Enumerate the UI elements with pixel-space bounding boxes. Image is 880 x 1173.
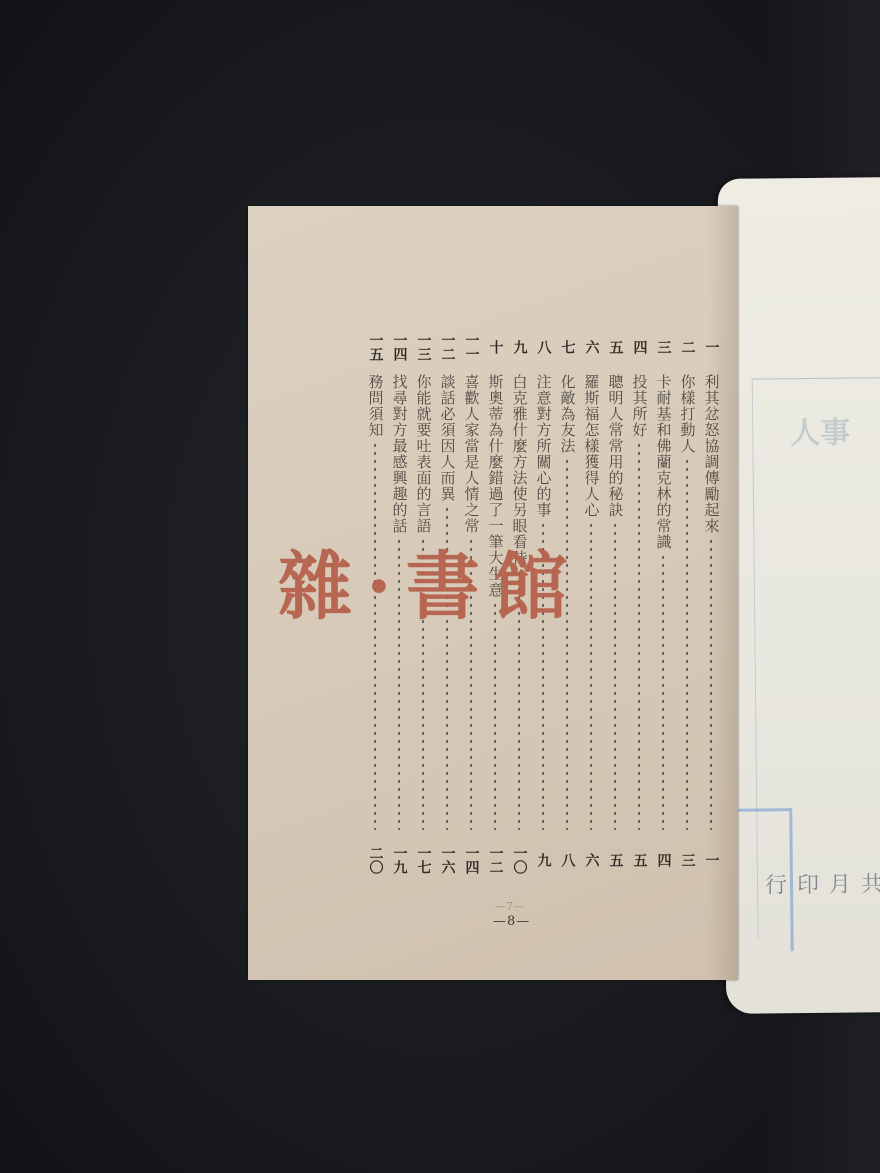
- toc-entry: 四投其所好五: [627, 324, 651, 884]
- toc-entry-title: 利其忿怒協調傳勵起來: [703, 374, 720, 534]
- toc-entry-title: 投其所好: [631, 374, 648, 438]
- toc-entry-number: 一五: [367, 324, 384, 370]
- toc-entry-page: 一四: [463, 836, 480, 884]
- toc-entry-page: 三: [679, 836, 696, 884]
- dot-leader: [566, 460, 568, 830]
- toc-entry-number: 七: [559, 324, 576, 370]
- toc-entry-page: 六: [583, 836, 600, 884]
- toc-entry-title: 羅斯福怎樣獲得人心: [583, 374, 600, 518]
- dot-leader: [614, 524, 616, 830]
- dot-leader: [638, 444, 640, 830]
- toc-entry-page: 一七: [415, 836, 432, 884]
- toc-entry-title: 找尋對方最感興趣的話: [391, 374, 408, 534]
- toc-entry: 一利其忿怒協調傳勵起來一: [699, 324, 723, 884]
- toc-entry-page: 一六: [439, 836, 456, 884]
- toc-entry-title: 喜歡人家當是人情之常: [463, 374, 480, 534]
- toc-entry-page: 二〇: [367, 836, 384, 884]
- toc-entry-page: 一〇: [511, 836, 528, 884]
- watermark-text: 雜·書館: [278, 528, 582, 634]
- toc-entry-title: 你樣打動人: [679, 374, 696, 454]
- toc-entry-title: 談話必須因人而異: [439, 374, 456, 502]
- toc-entry-title: 化敵為友法: [559, 374, 576, 454]
- cover-stamp-text: 行印月共: [765, 867, 880, 899]
- dot-leader: [494, 604, 496, 830]
- toc-entry-title: 卡耐基和佛蘭克林的常識: [655, 374, 672, 550]
- toc-entry-title: 聰明人常常用的秘訣: [607, 374, 624, 518]
- toc-entry: 三卡耐基和佛蘭克林的常識四: [651, 324, 675, 884]
- toc-entry-number: 五: [607, 324, 624, 370]
- toc-entry: 五聰明人常常用的秘訣五: [603, 324, 627, 884]
- toc-entry-title: 注意對方所關心的事: [535, 374, 552, 518]
- toc-entry-page: 一九: [391, 836, 408, 884]
- toc-entry-page: 九: [535, 836, 552, 884]
- toc-entry-number: 九: [511, 324, 528, 370]
- next-page-cover: 人事 行印月共: [718, 177, 880, 1014]
- toc-entry-number: 一四: [391, 324, 408, 370]
- toc-entry-number: 八: [535, 324, 552, 370]
- toc-entry-page: 四: [655, 836, 672, 884]
- toc-entry-number: 一三: [415, 324, 432, 370]
- toc-entry-number: 一一: [463, 324, 480, 370]
- cover-faint-text: 人事: [790, 408, 850, 453]
- toc-entry-page: 一二: [487, 836, 504, 884]
- toc-entry-page: 五: [607, 836, 624, 884]
- toc-entry: 六羅斯福怎樣獲得人心六: [579, 324, 603, 884]
- page-folio: —8—: [493, 914, 530, 929]
- toc-entry-title: 你能就要吐表面的言語: [415, 374, 432, 534]
- dot-leader: [374, 444, 376, 830]
- dot-leader: [710, 540, 712, 830]
- toc-entry-page: 一: [703, 836, 720, 884]
- dot-leader: [662, 556, 664, 830]
- toc-entry-page: 五: [631, 836, 648, 884]
- toc-entry-number: 二: [679, 324, 696, 370]
- toc-entry-page: 八: [559, 836, 576, 884]
- folio-bleedthrough: —7—: [495, 900, 524, 913]
- toc-entry-number: 十: [487, 324, 504, 370]
- toc-entry-number: 三: [655, 324, 672, 370]
- toc-entry-number: 一二: [439, 324, 456, 370]
- toc-entry-title: 務問須知: [367, 374, 384, 438]
- toc-entry-number: 四: [631, 324, 648, 370]
- dot-leader: [686, 460, 688, 830]
- toc-entry-number: 一: [703, 324, 720, 370]
- dot-leader: [590, 524, 592, 830]
- toc-entry: 二你樣打動人三: [675, 324, 699, 884]
- toc-entry-number: 六: [583, 324, 600, 370]
